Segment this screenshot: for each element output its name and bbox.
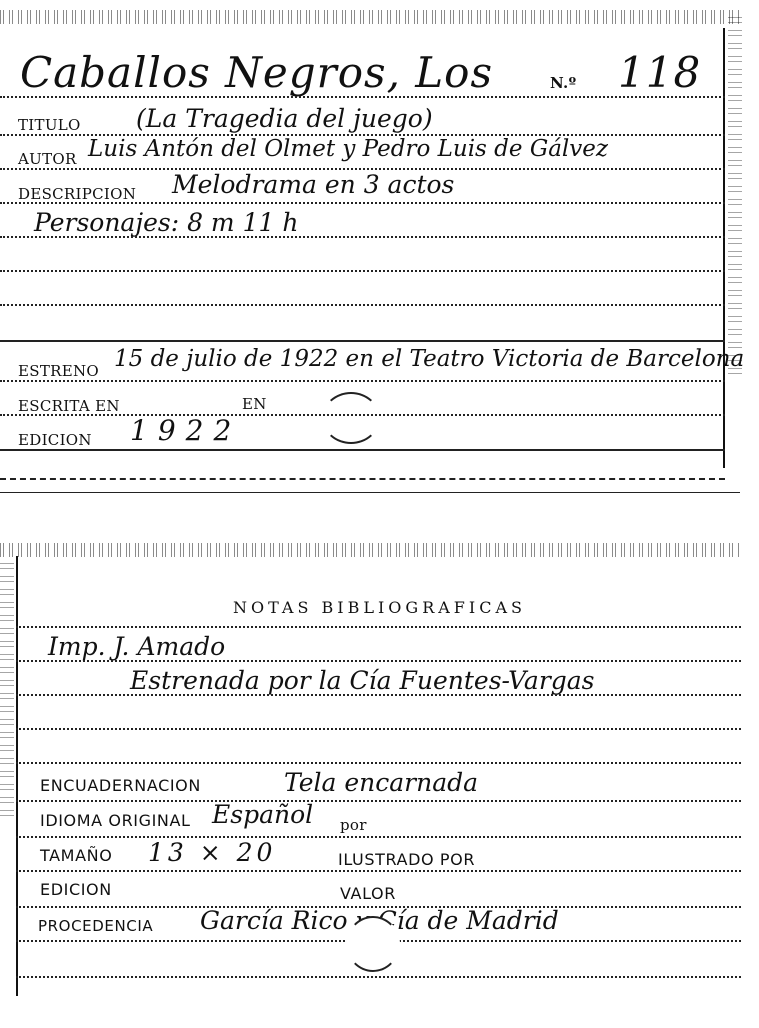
personajes-value: Personajes: 8 m 11 h — [34, 208, 298, 237]
rule — [16, 728, 741, 730]
card-edge — [0, 492, 740, 493]
rule — [16, 870, 741, 872]
por-label: por — [340, 816, 367, 834]
rule — [0, 304, 725, 306]
en-label: EN — [242, 395, 267, 413]
rule — [0, 236, 725, 238]
escrita-en-label: ESCRITA EN — [18, 397, 120, 415]
tamano-value: 13 × 20 — [148, 838, 276, 867]
punch-hole-mark — [322, 392, 380, 444]
tamano-label: TAMAÑO — [40, 846, 112, 865]
edicion-label: EDICION — [18, 431, 92, 449]
rule — [16, 660, 741, 662]
rule — [0, 270, 725, 272]
rule — [16, 694, 741, 696]
edicion-value: 1922 — [130, 414, 241, 447]
descripcion-label: DESCRIPCION — [18, 185, 136, 203]
rule — [16, 976, 741, 978]
encuadernacion-label: ENCUADERNACION — [40, 776, 201, 795]
valor-label: VALOR — [340, 884, 396, 903]
rule — [0, 96, 725, 98]
rule — [0, 340, 725, 342]
rule — [0, 380, 725, 382]
scan-edge-noise — [728, 14, 742, 374]
rule — [0, 478, 725, 480]
autor-label: AUTOR — [18, 150, 77, 168]
ilustrado-por-label: ILUSTRADO POR — [338, 850, 475, 869]
scan-edge-noise — [0, 556, 14, 816]
estreno-value: 15 de julio de 1922 en el Teatro Victori… — [114, 346, 744, 372]
descripcion-value: Melodrama en 3 actos — [172, 170, 454, 199]
procedencia-label: PROCEDENCIA — [38, 917, 153, 935]
titulo-value: (La Tragedia del juego) — [136, 104, 433, 133]
edicion-back-label: EDICION — [40, 880, 112, 899]
idioma-original-label: IDIOMA ORIGINAL — [40, 811, 191, 830]
rule — [16, 762, 741, 764]
encuadernacion-value: Tela encarnada — [284, 768, 478, 797]
card-border — [723, 28, 725, 468]
rule — [16, 836, 741, 838]
note-line-2: Estrenada por la Cía Fuentes-Vargas — [130, 666, 595, 695]
rule — [0, 449, 725, 451]
scan-edge-noise — [0, 543, 740, 557]
note-line-1: Imp. J. Amado — [48, 632, 225, 661]
rule — [0, 202, 725, 204]
card-number: 118 — [618, 48, 701, 97]
estreno-label: ESTRENO — [18, 362, 99, 380]
titulo-label: TITULO — [18, 116, 81, 134]
scan-edge-noise — [0, 10, 740, 24]
autor-value: Luis Antón del Olmet y Pedro Luis de Gál… — [88, 136, 608, 162]
rule — [16, 626, 741, 628]
notes-heading: NOTAS BIBLIOGRAFICAS — [0, 598, 759, 617]
number-label: N.º — [550, 74, 576, 92]
idioma-original-value: Español — [212, 800, 313, 829]
rule — [16, 800, 741, 802]
card-border — [16, 556, 18, 996]
punch-hole-mark — [346, 916, 400, 972]
card-title: Caballos Negros, Los — [20, 48, 493, 97]
